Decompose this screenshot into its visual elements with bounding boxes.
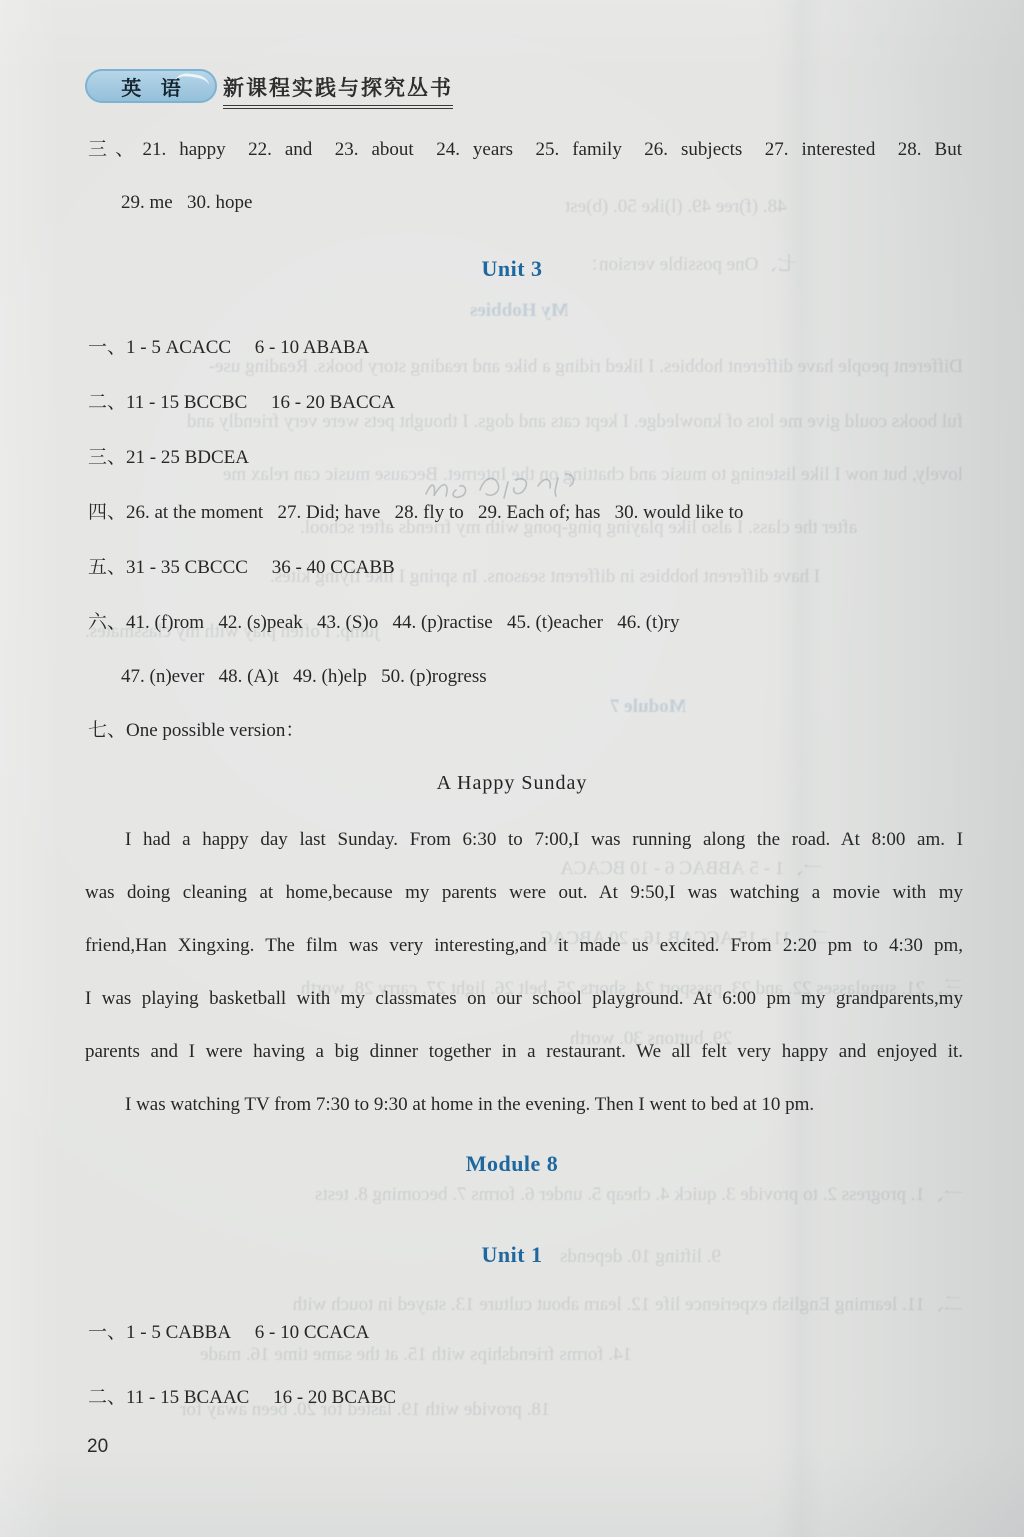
answer-line: 三、21 - 25 BDCEA — [88, 446, 962, 470]
answer-line: 七、One possible version： — [88, 719, 962, 743]
bleedthrough-text: My Hobbies — [470, 300, 569, 322]
scan-fold-shadow — [778, 0, 824, 1537]
essay-line: I was playing basketball with my classma… — [85, 988, 963, 1010]
bleedthrough-text: 一、1. progress 2. to provide 3. quick 4. … — [85, 1179, 963, 1206]
essay-line: parents and I were having a big dinner t… — [85, 1041, 963, 1063]
answer-line: 三、21. happy 22. and 23. about 24. years … — [88, 138, 962, 162]
paper-shading — [0, 0, 1024, 1537]
answer-line: 五、31 - 35 CBCCC 36 - 40 CCABB — [88, 556, 962, 580]
subject-badge: 英 语 — [85, 69, 217, 103]
bleedthrough-text: 一、1 - 5 ABBAC 6 - 10 BCACA — [560, 853, 822, 880]
answer-line: 六、41. (f)rom 42. (s)peak 43. (S)o 44. (p… — [88, 611, 962, 635]
subject-badge-label: 英 语 — [114, 72, 188, 101]
answer-line: 一、1 - 5 ACACC 6 - 10 ABABA — [88, 336, 962, 360]
answer-line: 29. me 30. hope — [121, 191, 962, 215]
answer-line: 47. (n)ever 48. (A)t 49. (h)elp 50. (p)r… — [121, 665, 962, 689]
unit1-heading: Unit 1 — [0, 1242, 1024, 1268]
essay-line: I had a happy day last Sunday. From 6:30… — [85, 829, 963, 851]
essay-line: friend,Han Xingxing. The film was very i… — [85, 935, 963, 957]
page-number: 20 — [87, 1436, 108, 1458]
bleedthrough-text: 二、11. learning English experience life 1… — [85, 1289, 963, 1316]
bleedthrough-text: 14. forms friendships with 15. at the sa… — [200, 1344, 632, 1366]
essay-line: was doing cleaning at home,because my pa… — [85, 882, 963, 904]
series-title: 新课程实践与探究丛书 — [223, 72, 453, 109]
answer-line: 一、1 - 5 CABBA 6 - 10 CCACA — [88, 1321, 962, 1345]
bleedthrough-text: Module 7 — [610, 696, 687, 718]
essay-title: A Happy Sunday — [0, 772, 1024, 795]
unit3-heading: Unit 3 — [0, 256, 1024, 282]
module8-heading: Module 8 — [0, 1151, 1024, 1177]
answer-line: 二、11 - 15 BCCBC 16 - 20 BACCA — [88, 391, 962, 415]
answer-line: 四、26. at the moment 27. Did; have 28. fl… — [88, 501, 962, 525]
essay-paragraph-2: I was watching TV from 7:30 to 9:30 at h… — [85, 1094, 963, 1116]
answer-line: 二、11 - 15 BCAAC 16 - 20 BCABC — [88, 1386, 962, 1410]
